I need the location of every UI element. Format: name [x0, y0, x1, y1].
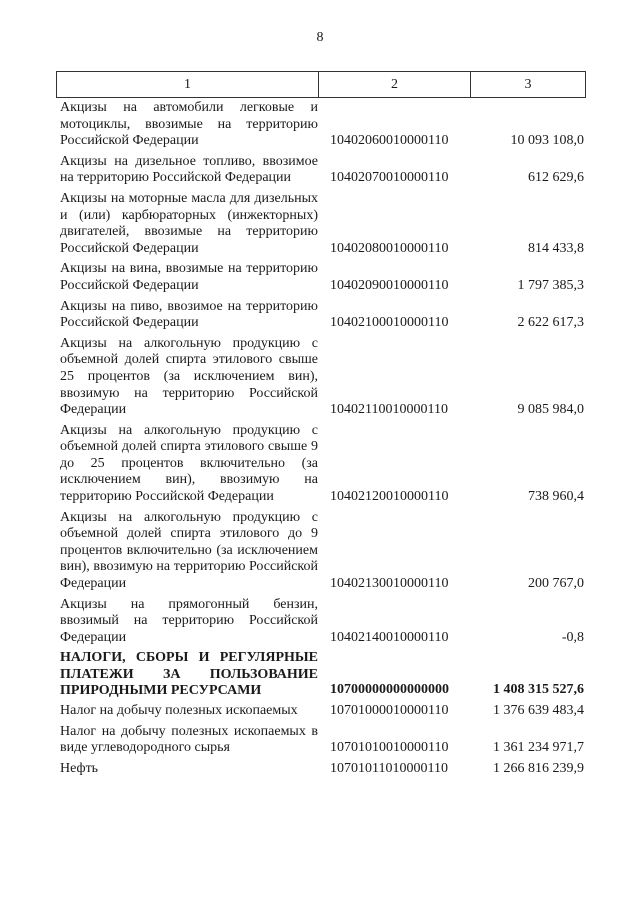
row-name: Акцизы на алкогольную продукцию с объемн…: [60, 423, 318, 506]
row-code: 10402130010000110: [318, 576, 472, 593]
table-row: Акцизы на алкогольную продукцию с объемн…: [60, 510, 584, 593]
table-row: Нефть 10701011010000110 1 266 816 239,9: [60, 761, 584, 778]
row-amount: 738 960,4: [472, 489, 584, 506]
row-name: Акцизы на прямогонный бензин, ввозимый н…: [60, 597, 318, 647]
row-amount: 2 622 617,3: [472, 315, 584, 332]
row-amount: -0,8: [472, 630, 584, 647]
row-code: 10700000000000000: [318, 682, 472, 699]
table-row: Акцизы на алкогольную продукцию с объемн…: [60, 336, 584, 419]
table-body: Акцизы на автомобили легковые и мотоцикл…: [60, 100, 584, 781]
row-code: 10701000010000110: [318, 703, 472, 720]
row-name: Акцизы на автомобили легковые и мотоцикл…: [60, 100, 318, 150]
table-row: Акцизы на пиво, ввозимое на территорию Р…: [60, 299, 584, 332]
table-row: Акцизы на вина, ввозимые на территорию Р…: [60, 261, 584, 294]
row-amount: 1 376 639 483,4: [472, 703, 584, 720]
row-name: НАЛОГИ, СБОРЫ И РЕГУЛЯРНЫЕ ПЛАТЕЖИ ЗА ПО…: [60, 650, 318, 699]
row-amount: 1 266 816 239,9: [472, 761, 584, 778]
page-number: 8: [0, 30, 640, 46]
row-amount: 1 408 315 527,6: [472, 682, 584, 699]
row-code: 10701010010000110: [318, 740, 472, 757]
row-name: Акцизы на пиво, ввозимое на территорию Р…: [60, 299, 318, 332]
row-amount: 10 093 108,0: [472, 133, 584, 150]
column-header-1: 1: [57, 72, 319, 97]
column-header-2: 2: [319, 72, 471, 97]
row-name: Налог на добычу полезных ископаемых в ви…: [60, 724, 318, 757]
table-row: Акцизы на алкогольную продукцию с объемн…: [60, 423, 584, 506]
table-row: Акцизы на прямогонный бензин, ввозимый н…: [60, 597, 584, 647]
row-name: Нефть: [60, 761, 318, 778]
row-amount: 814 433,8: [472, 241, 584, 258]
table-row: Акцизы на автомобили легковые и мотоцикл…: [60, 100, 584, 150]
row-code: 10402090010000110: [318, 278, 472, 295]
table-row: Налог на добычу полезных ископаемых 1070…: [60, 703, 584, 720]
row-name: Налог на добычу полезных ископаемых: [60, 703, 318, 720]
row-name: Акцизы на дизельное топливо, ввозимое на…: [60, 154, 318, 187]
row-code: 10402120010000110: [318, 489, 472, 506]
row-code: 10701011010000110: [318, 761, 472, 778]
row-code: 10402060010000110: [318, 133, 472, 150]
table-row: Акцизы на дизельное топливо, ввозимое на…: [60, 154, 584, 187]
row-amount: 1 361 234 971,7: [472, 740, 584, 757]
row-amount: 1 797 385,3: [472, 278, 584, 295]
row-code: 10402140010000110: [318, 630, 472, 647]
row-code: 10402070010000110: [318, 170, 472, 187]
row-amount: 200 767,0: [472, 576, 584, 593]
row-name: Акцизы на алкогольную продукцию с объемн…: [60, 510, 318, 593]
row-name: Акцизы на алкогольную продукцию с объемн…: [60, 336, 318, 419]
row-amount: 612 629,6: [472, 170, 584, 187]
row-name: Акцизы на вина, ввозимые на территорию Р…: [60, 261, 318, 294]
table-row: Налог на добычу полезных ископаемых в ви…: [60, 724, 584, 757]
row-code: 10402080010000110: [318, 241, 472, 258]
column-header-3: 3: [471, 72, 585, 97]
row-name: Акцизы на моторные масла для дизельных и…: [60, 191, 318, 257]
row-code: 10402100010000110: [318, 315, 472, 332]
table-row-section-total: НАЛОГИ, СБОРЫ И РЕГУЛЯРНЫЕ ПЛАТЕЖИ ЗА ПО…: [60, 650, 584, 699]
table-row: Акцизы на моторные масла для дизельных и…: [60, 191, 584, 257]
table-header-row: 1 2 3: [56, 71, 586, 98]
row-code: 10402110010000110: [318, 402, 472, 419]
row-amount: 9 085 984,0: [472, 402, 584, 419]
